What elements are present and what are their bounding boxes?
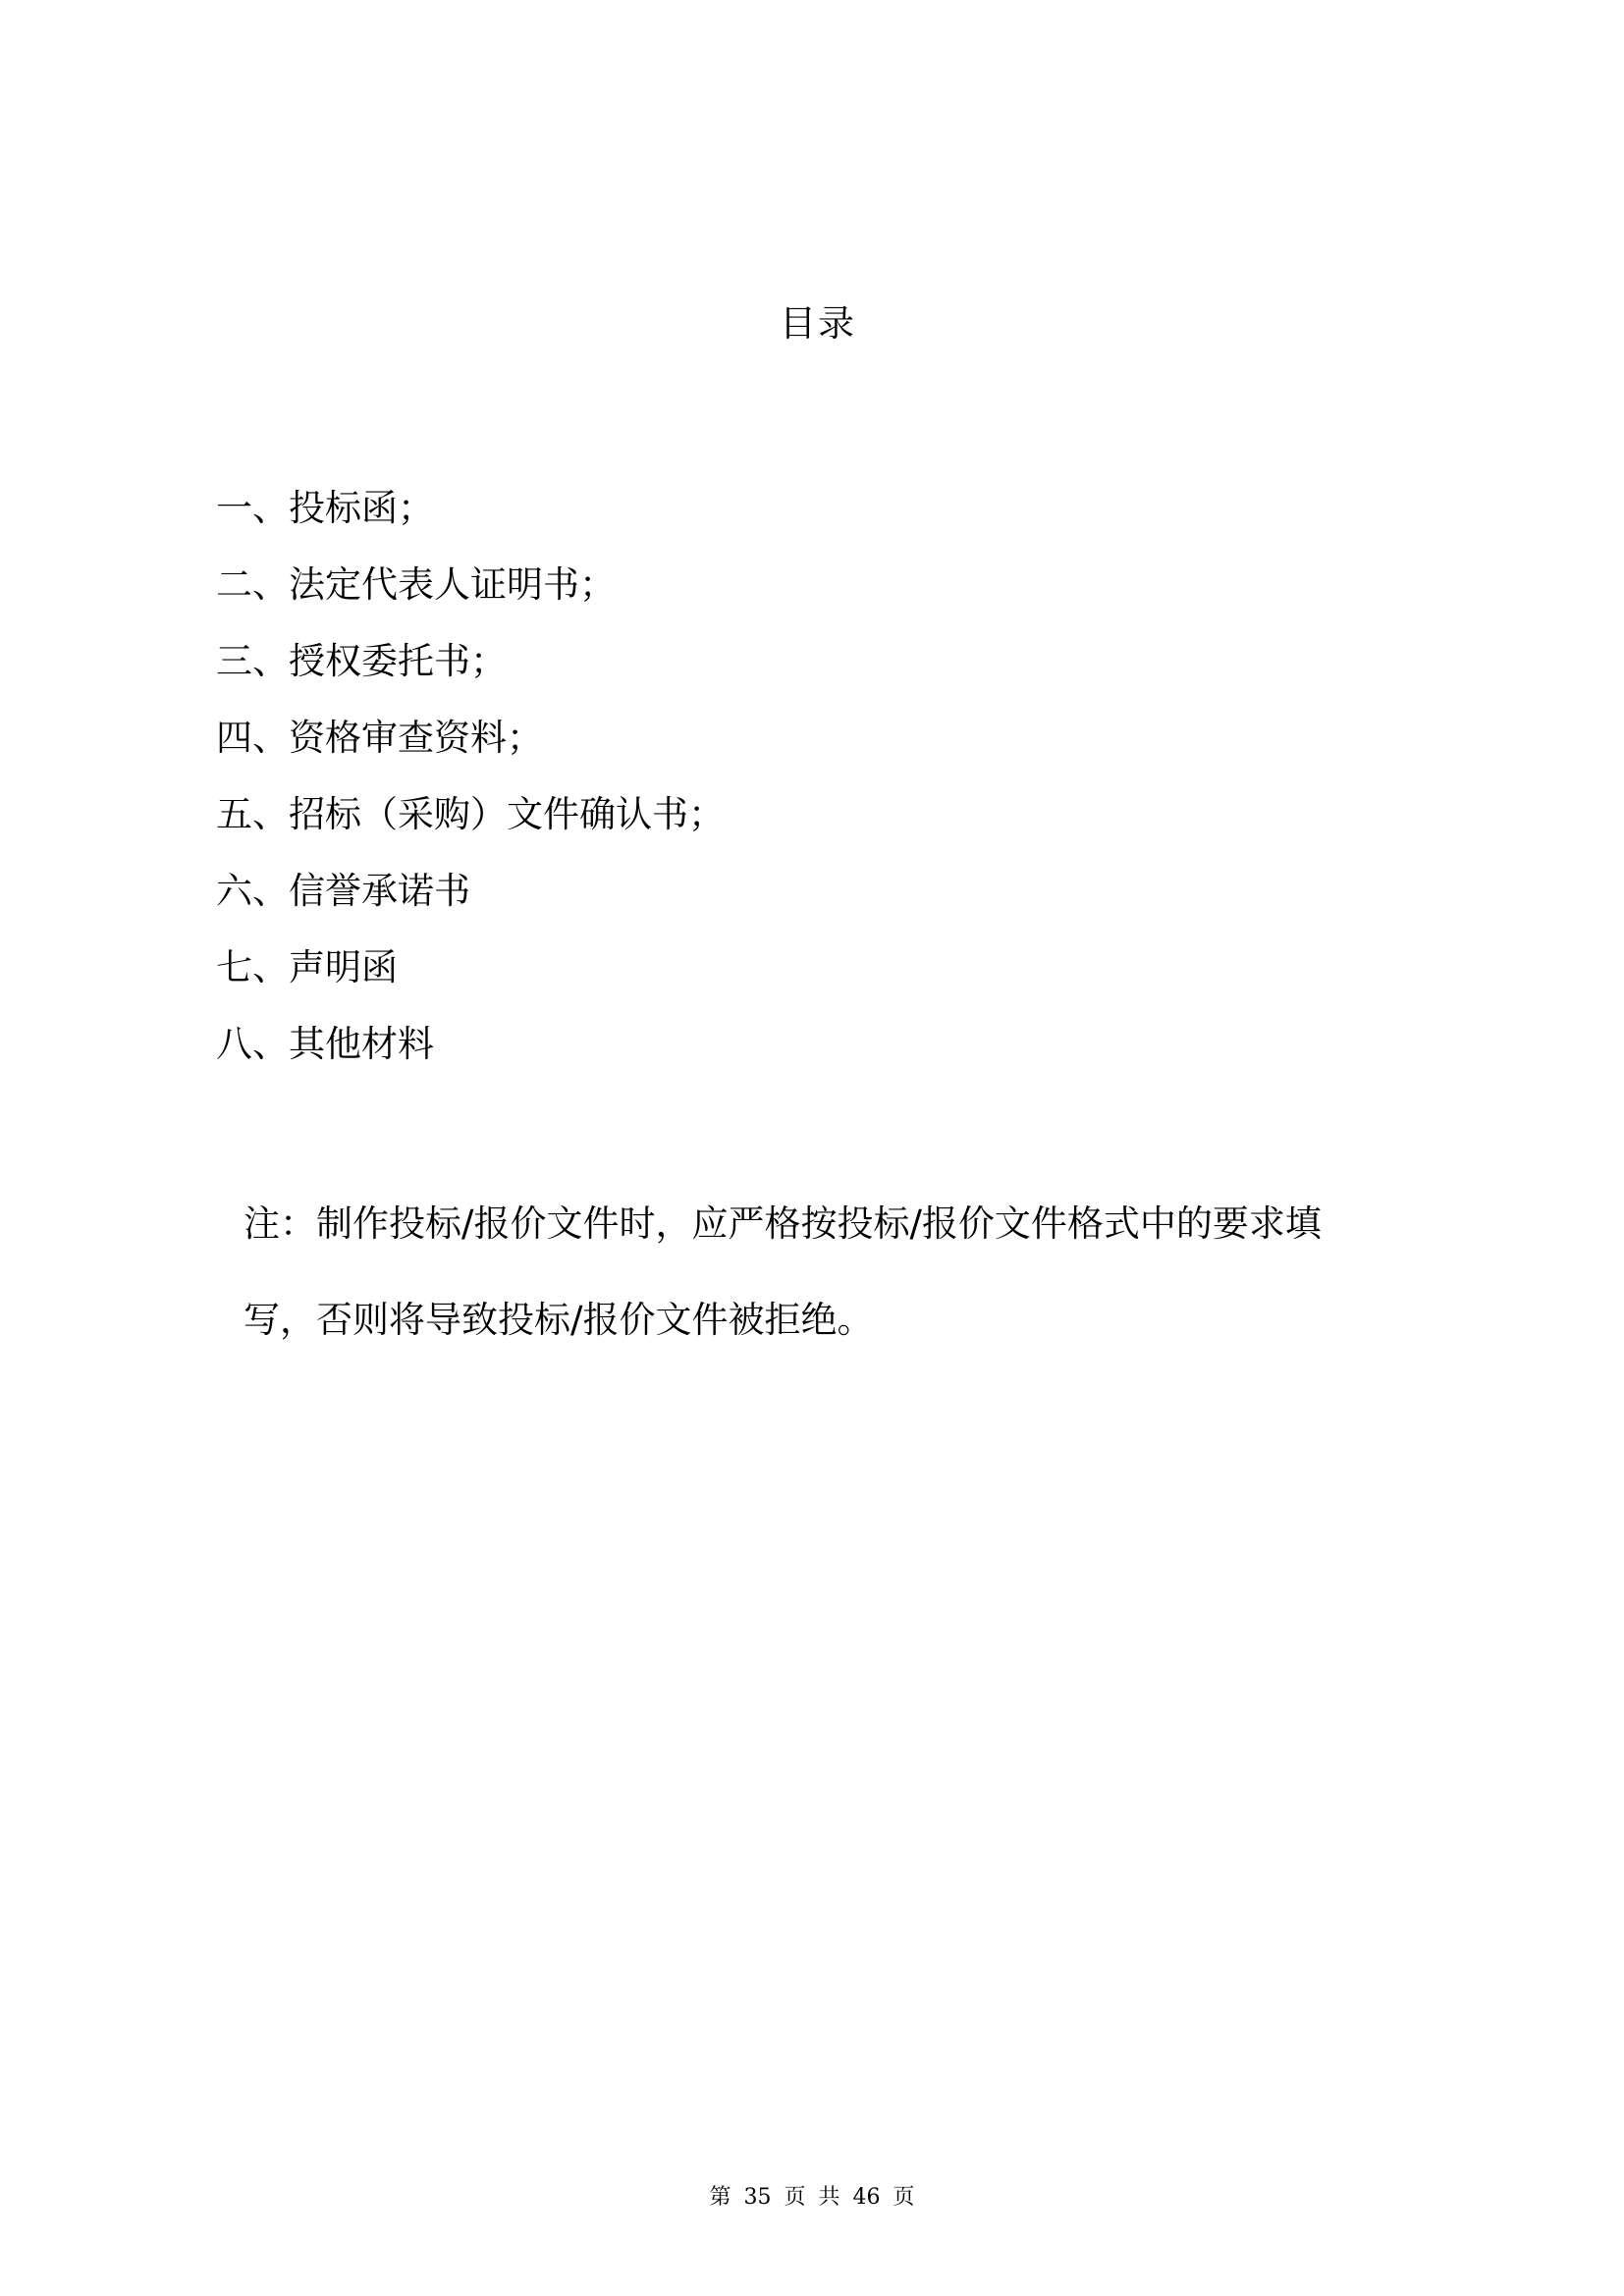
document-page: 目录 一、投标函； 二、法定代表人证明书； 三、授权委托书； 四、资格审查资料；… — [0, 0, 1624, 2296]
toc-item-6: 六、信誉承诺书 — [216, 860, 725, 936]
page-title: 目录 — [0, 294, 1624, 353]
toc-item-4: 四、资格审查资料； — [216, 707, 725, 783]
toc-item-3: 三、授权委托书； — [216, 630, 725, 707]
note-line-1: 注：制作投标/报价文件时，应严格按投标/报价文件格式中的要求填 — [244, 1176, 1402, 1272]
toc-item-5: 五、招标（采购）文件确认书； — [216, 783, 725, 860]
toc-item-1: 一、投标函； — [216, 477, 725, 554]
table-of-contents: 一、投标函； 二、法定代表人证明书； 三、授权委托书； 四、资格审查资料； 五、… — [216, 477, 725, 1090]
note-paragraph: 注：制作投标/报价文件时，应严格按投标/报价文件格式中的要求填 写，否则将导致投… — [244, 1176, 1402, 1368]
toc-item-7: 七、声明函 — [216, 936, 725, 1013]
toc-item-2: 二、法定代表人证明书； — [216, 554, 725, 630]
note-line-2: 写，否则将导致投标/报价文件被拒绝。 — [244, 1272, 1402, 1368]
toc-item-8: 八、其他材料 — [216, 1013, 725, 1090]
page-number-footer: 第 35 页 共 46 页 — [0, 2183, 1624, 2213]
